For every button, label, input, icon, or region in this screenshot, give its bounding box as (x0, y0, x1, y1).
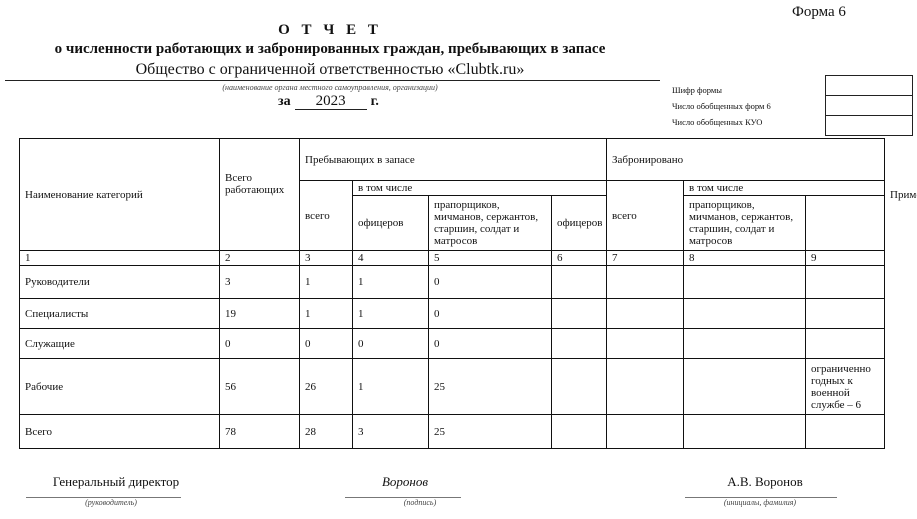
period-prefix: за (278, 94, 291, 109)
header-category: Наименование категорий (20, 139, 220, 251)
cell-category: Рабочие (20, 359, 220, 415)
organization-underline (5, 80, 660, 81)
column-number: 9 (806, 251, 885, 266)
cipher-field-kuo-count[interactable] (826, 116, 912, 135)
cell-reserve-others: 25 (429, 359, 552, 415)
cipher-label-form-code: Шифр формы (672, 82, 771, 98)
cell-category: Служащие (20, 329, 220, 359)
column-number: 4 (353, 251, 429, 266)
table-row: Специалисты 19 1 1 0 (20, 299, 885, 329)
cell-reserved-officers (607, 415, 684, 449)
signature-position-caption: (руководитель) (26, 498, 196, 507)
cipher-field-forms-count[interactable] (826, 96, 912, 116)
header-total-workers: Всего работающих (220, 139, 300, 251)
signature-caption: (подпись) (380, 498, 460, 507)
cell-total-workers: 0 (220, 329, 300, 359)
cell-reserve-others: 0 (429, 329, 552, 359)
cipher-field-form-code[interactable] (826, 76, 912, 96)
cell-total-workers: 56 (220, 359, 300, 415)
header-reserve-others: прапорщиков, мичманов, сержантов, старши… (429, 196, 552, 251)
table-row: Руководители 3 1 1 0 (20, 266, 885, 299)
cell-category: Всего (20, 415, 220, 449)
header-reserved-others: прапорщиков, мичманов, сержантов, старши… (684, 196, 806, 251)
cell-reserve-total: 1 (300, 266, 353, 299)
cell-note (806, 329, 885, 359)
cell-reserve-officers: 1 (353, 359, 429, 415)
cell-reserved-total (552, 415, 607, 449)
organization-caption: (наименование органа местного самоуправл… (0, 83, 660, 92)
header-reserve-including: в том числе (353, 181, 607, 196)
cell-reserved-officers (607, 299, 684, 329)
cell-total-workers: 19 (220, 299, 300, 329)
cipher-labels: Шифр формы Число обобщенных форм 6 Число… (672, 82, 771, 130)
cell-reserve-officers: 1 (353, 266, 429, 299)
cell-total-workers: 78 (220, 415, 300, 449)
cell-reserved-total (552, 299, 607, 329)
column-number: 1 (20, 251, 220, 266)
cell-reserved-others (684, 266, 806, 299)
cell-reserve-total: 1 (300, 299, 353, 329)
cell-reserve-officers: 3 (353, 415, 429, 449)
cell-reserve-others: 25 (429, 415, 552, 449)
signature-name: А.В. Воронов (690, 474, 840, 490)
header-reserved-total: всего (607, 181, 684, 251)
report-table: Наименование категорий Всего работающих … (19, 138, 885, 449)
header-reserved-officers: офицеров (552, 196, 607, 251)
form-number: Форма 6 (792, 4, 846, 21)
cell-reserve-total: 26 (300, 359, 353, 415)
signature-handwritten: Воронов (345, 474, 465, 490)
column-numbers-row: 1 2 3 4 5 6 7 8 9 (20, 251, 885, 266)
column-number: 3 (300, 251, 353, 266)
cell-note: ограниченно годных к военной службе – 6 (806, 359, 885, 415)
column-number: 6 (552, 251, 607, 266)
cell-reserve-others: 0 (429, 299, 552, 329)
cell-category: Специалисты (20, 299, 220, 329)
cell-reserved-officers (607, 266, 684, 299)
cell-note (806, 299, 885, 329)
column-number: 2 (220, 251, 300, 266)
cell-reserved-officers (607, 329, 684, 359)
cell-reserve-total: 28 (300, 415, 353, 449)
column-number: 7 (607, 251, 684, 266)
cell-reserve-officers: 0 (353, 329, 429, 359)
cipher-label-kuo-count: Число обобщенных КУО (672, 114, 771, 130)
table-row: Рабочие 56 26 1 25 ограниченно годных к … (20, 359, 885, 415)
signature-position: Генеральный директор (26, 474, 206, 490)
header-reserve-total: всего (300, 181, 353, 251)
cell-reserve-officers: 1 (353, 299, 429, 329)
cell-reserved-officers (607, 359, 684, 415)
header-reserve: Пребывающих в запасе (300, 139, 607, 181)
column-number: 8 (684, 251, 806, 266)
period-suffix: г. (371, 94, 379, 109)
cell-reserved-others (684, 299, 806, 329)
cipher-box (825, 75, 913, 136)
cell-reserved-others (684, 415, 806, 449)
report-subtitle: о численности работающих и забронированн… (0, 41, 660, 58)
period-year: 2023 (295, 94, 367, 110)
column-number: 5 (429, 251, 552, 266)
table-row-total: Всего 78 28 3 25 (20, 415, 885, 449)
cell-reserved-total (552, 329, 607, 359)
report-title: О Т Ч Е Т (0, 22, 660, 39)
cell-reserved-others (684, 359, 806, 415)
cell-note (806, 266, 885, 299)
cipher-label-forms-count: Число обобщенных форм 6 (672, 98, 771, 114)
cell-reserve-total: 0 (300, 329, 353, 359)
report-period: за2023г. (278, 94, 379, 110)
table-row: Служащие 0 0 0 0 (20, 329, 885, 359)
organization-name: Общество с ограниченной ответственностью… (0, 61, 660, 79)
cell-category: Руководители (20, 266, 220, 299)
cell-reserved-total (552, 359, 607, 415)
cell-reserved-total (552, 266, 607, 299)
header-reserved: Забронировано (607, 139, 885, 181)
cell-note (806, 415, 885, 449)
cell-reserve-others: 0 (429, 266, 552, 299)
header-reserve-officers: офицеров (353, 196, 429, 251)
header-reserved-including: в том числе (684, 181, 885, 196)
cell-reserved-others (684, 329, 806, 359)
signature-name-caption: (инициалы, фамилия) (690, 498, 830, 507)
cell-total-workers: 3 (220, 266, 300, 299)
